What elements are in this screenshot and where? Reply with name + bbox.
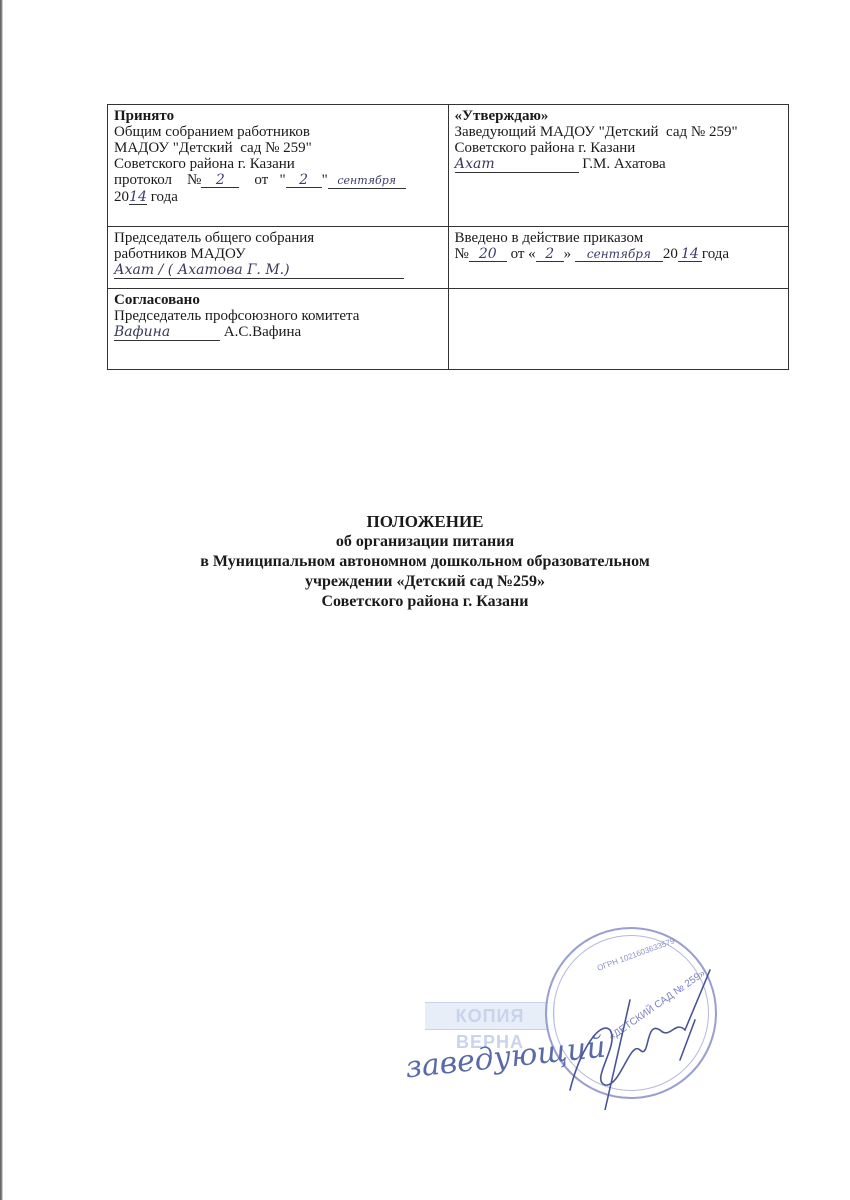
accepted-line-3: Советского района г. Казани — [114, 156, 442, 172]
enacted-number-label: № — [455, 246, 469, 262]
chairman-signature: Ахат / ( Ахатова Г. М.) — [114, 262, 404, 279]
approval-row-3: Согласовано Председатель профсоюзного ко… — [108, 289, 789, 370]
protocol-number: 2 — [201, 173, 239, 188]
empty-cell — [448, 289, 789, 370]
chairman-line-1: Председатель общего собрания — [114, 230, 442, 246]
chairman-line-2: работников МАДОУ — [114, 246, 442, 262]
enacted-order-line: №20 от «2» сентября2014года — [455, 246, 783, 262]
accepted-line-1: Общим собранием работников — [114, 124, 442, 140]
enacted-day: 2 — [536, 247, 564, 262]
accepted-protocol-line: протокол №2 от "2"сентября — [114, 172, 442, 189]
from-label: от — [254, 172, 268, 188]
agreed-line-1: Председатель профсоюзного комитета — [114, 308, 442, 324]
number-label: № — [187, 172, 201, 188]
enacted-number: 20 — [469, 247, 507, 262]
protocol-year: 14 — [129, 190, 147, 205]
year-suffix: года — [151, 189, 178, 205]
approved-signatory: Г.М. Ахатова — [582, 156, 665, 172]
enacted-day-close: » — [564, 246, 572, 262]
approved-line-2: Советского района г. Казани — [455, 140, 783, 156]
accepted-cell: Принято Общим собранием работников МАДОУ… — [108, 105, 449, 227]
agreed-signatory: А.С.Вафина — [224, 324, 301, 340]
title-line-3: учреждении «Детский сад №259» — [0, 572, 850, 592]
protocol-month: сентября — [328, 174, 406, 189]
accepted-heading: Принято — [114, 108, 442, 124]
document-title: ПОЛОЖЕНИЕ — [0, 512, 850, 532]
approval-row-2: Председатель общего собрания работников … — [108, 227, 789, 289]
title-line-1: об организации питания — [0, 532, 850, 552]
document-title-block: ПОЛОЖЕНИЕ об организации питания в Муниц… — [0, 512, 850, 612]
approval-table: Принято Общим собранием работников МАДОУ… — [107, 104, 789, 370]
approved-cell: «Утверждаю» Заведующий МАДОУ "Детский са… — [448, 105, 789, 227]
approved-heading: «Утверждаю» — [455, 108, 783, 124]
year-prefix: 20 — [114, 189, 129, 205]
title-line-4: Советского района г. Казани — [0, 592, 850, 612]
agreed-signature: Вафина — [114, 324, 220, 341]
enacted-year-suffix: года — [702, 246, 729, 262]
approved-line-1: Заведующий МАДОУ "Детский сад № 259" — [455, 124, 783, 140]
protocol-label: протокол — [114, 172, 172, 188]
title-line-2: в Муниципальном автономном дошкольном об… — [0, 552, 850, 572]
agreed-signature-line: Вафина А.С.Вафина — [114, 324, 442, 341]
enacted-line-1: Введено в действие приказом — [455, 230, 783, 246]
enacted-year-prefix: 20 — [663, 246, 678, 262]
agreed-heading: Согласовано — [114, 292, 442, 308]
enacted-cell: Введено в действие приказом №20 от «2» с… — [448, 227, 789, 289]
protocol-day: 2 — [286, 173, 322, 188]
accepted-year-line: 2014 года — [114, 189, 442, 205]
accepted-line-2: МАДОУ "Детский сад № 259" — [114, 140, 442, 156]
copy-certified-stamp: КОПИЯ ВЕРНА — [425, 1002, 555, 1030]
chairman-signature-line: Ахат / ( Ахатова Г. М.) — [114, 262, 442, 279]
agreed-cell: Согласовано Председатель профсоюзного ко… — [108, 289, 449, 370]
approval-row-1: Принято Общим собранием работников МАДОУ… — [108, 105, 789, 227]
signature-icon — [560, 960, 720, 1110]
enacted-from-label: от « — [511, 246, 536, 262]
approved-signature-line: Ахат Г.М. Ахатова — [455, 156, 783, 173]
enacted-year: 14 — [678, 247, 702, 262]
enacted-month: сентября — [575, 247, 663, 262]
chairman-cell: Председатель общего собрания работников … — [108, 227, 449, 289]
approved-signature: Ахат — [455, 156, 579, 173]
